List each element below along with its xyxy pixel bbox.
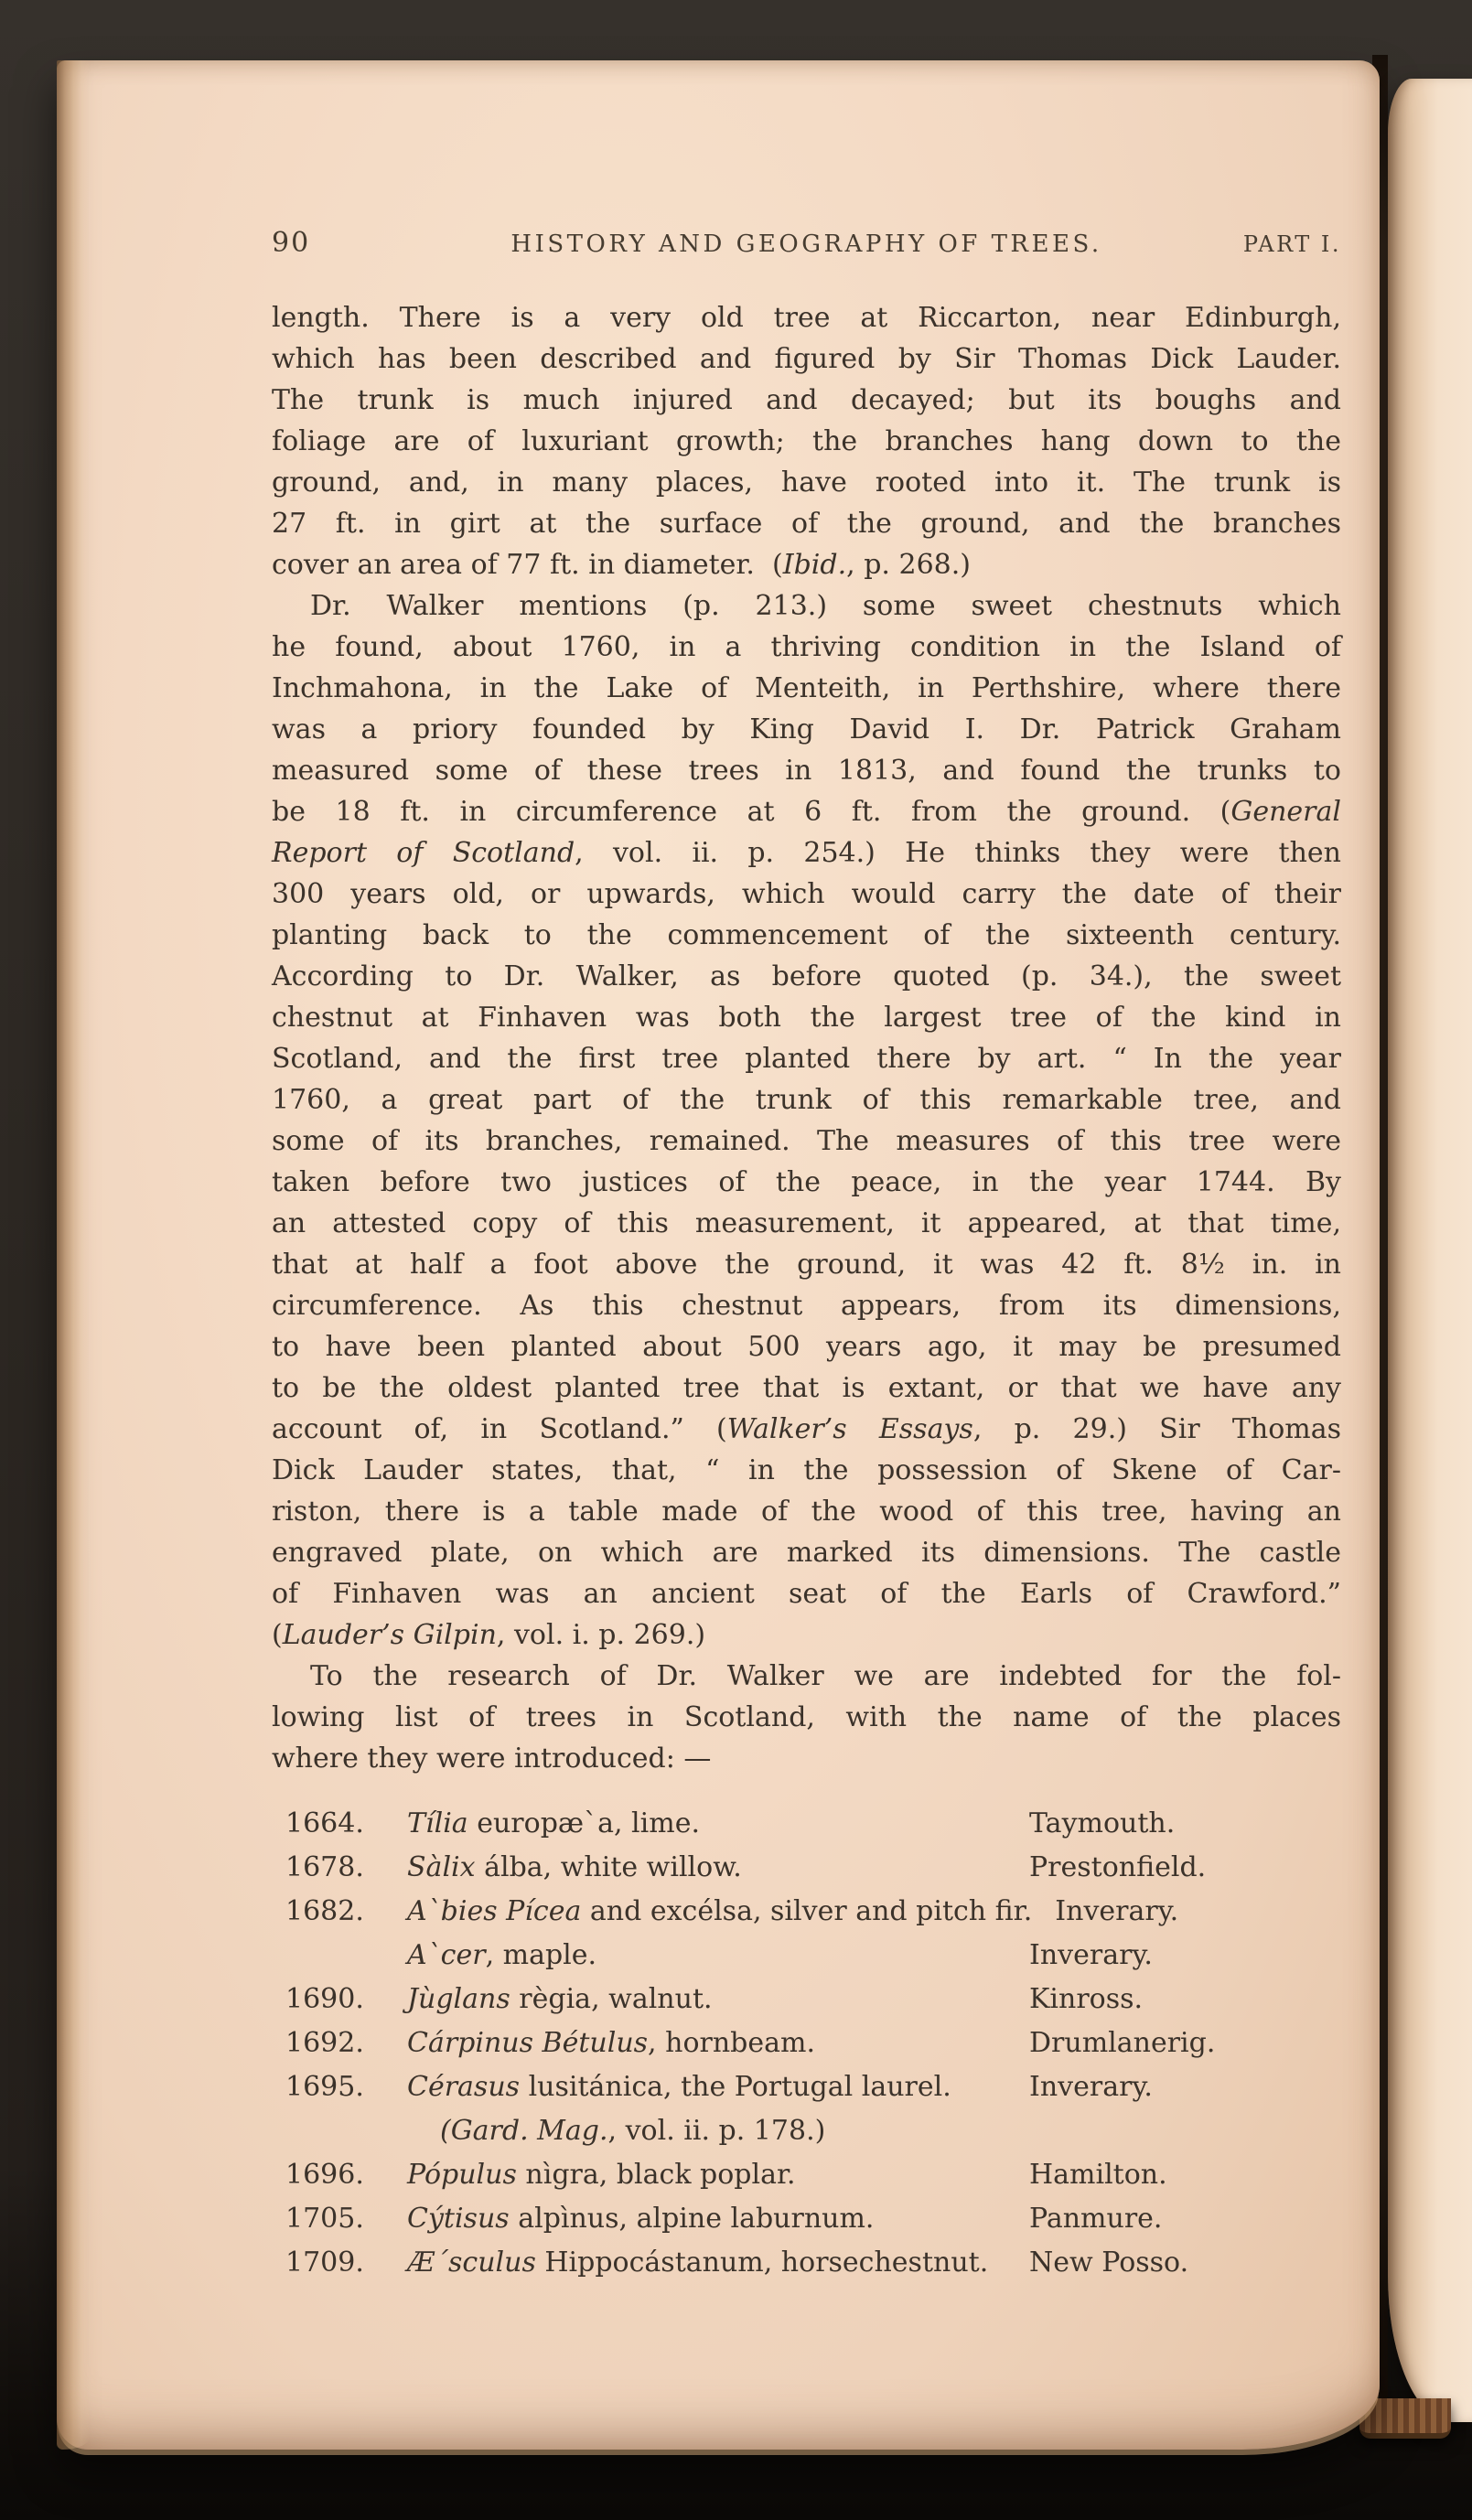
list-place: Panmure. [1029, 2197, 1162, 2241]
text-line: to have been planted about 500 years ago… [272, 1326, 1341, 1367]
text-line: The trunk is much injured and decayed; b… [272, 380, 1341, 421]
list-place: New Posso. [1029, 2241, 1188, 2285]
list-row: 1696.Pópulus nìgra, black poplar.Hamilto… [272, 2153, 1341, 2197]
list-year: 1695. [285, 2065, 407, 2109]
italic-text: Cárpinus Bétulus [407, 2027, 648, 2059]
part-label: PART I. [1243, 231, 1341, 257]
text-line: circumference. As this chestnut appears,… [272, 1285, 1341, 1326]
text-line: Dr. Walker mentions (p. 213.) some sweet… [272, 585, 1341, 627]
text-line: an attested copy of this measurement, it… [272, 1203, 1341, 1244]
page-number: 90 [272, 227, 310, 259]
list-place: Prestonfield. [1029, 1846, 1206, 1890]
list-year: 1692. [285, 2021, 407, 2065]
list-name: Pópulus nìgra, black poplar. [407, 2153, 1006, 2197]
italic-text: A`bies Pícea [407, 1895, 581, 1927]
list-row: 1690.Jùglans règia, walnut.Kinross. [272, 1978, 1341, 2021]
text-line: of Finhaven was an ancient seat of the E… [272, 1573, 1341, 1614]
text-line: lowing list of trees in Scotland, with t… [272, 1697, 1341, 1738]
italic-text: (Gard. Mag. [440, 2115, 608, 2147]
list-row: 1705.Cýtisus alpìnus, alpine laburnum.Pa… [272, 2197, 1341, 2241]
text-line: length. There is a very old tree at Ricc… [272, 297, 1341, 338]
text-line: planting back to the commencement of the… [272, 915, 1341, 956]
list-row: 1709.Æ´sculus Hippocástanum, horsechestn… [272, 2241, 1341, 2285]
text-line: that at half a foot above the ground, it… [272, 1244, 1341, 1285]
text-line: measured some of these trees in 1813, an… [272, 750, 1341, 791]
text-line: According to Dr. Walker, as before quote… [272, 956, 1341, 997]
italic-text: Sàlix [407, 1851, 476, 1883]
italic-text: Tília [407, 1807, 468, 1839]
paragraph: To the research of Dr. Walker we are ind… [272, 1656, 1341, 1779]
text-line: chestnut at Finhaven was both the larges… [272, 997, 1341, 1038]
list-name: Cérasus lusitánica, the Portugal laurel. [407, 2065, 1006, 2109]
book-page: 90 HISTORY AND GEOGRAPHY OF TREES. PART … [57, 60, 1380, 2450]
italic-text: Pópulus [407, 2159, 517, 2191]
text-line: some of its branches, remained. The meas… [272, 1121, 1341, 1162]
text-line: 27 ft. in girt at the surface of the gro… [272, 503, 1341, 544]
paragraph: length. There is a very old tree at Ricc… [272, 297, 1341, 585]
list-year: 1696. [285, 2153, 407, 2197]
italic-text: A`cer [407, 1939, 486, 1971]
italic-text: Cérasus [407, 2071, 520, 2103]
tree-list: 1664.Tília europæ`a, lime.Taymouth.1678.… [272, 1802, 1341, 2285]
italic-text: Æ´sculus [407, 2247, 536, 2279]
list-row: 1664.Tília europæ`a, lime.Taymouth. [272, 1802, 1341, 1846]
text-line: taken before two justices of the peace, … [272, 1162, 1341, 1203]
list-place: Taymouth. [1029, 1802, 1175, 1846]
book-photo: { "header": { "page_number": "90", "titl… [0, 0, 1472, 2520]
italic-text: Ibid. [783, 549, 846, 581]
text-line: Report of Scotland, vol. ii. p. 254.) He… [272, 832, 1341, 874]
list-row: (Gard. Mag., vol. ii. p. 178.) [272, 2109, 1341, 2153]
italic-text: Report of Scotland [272, 837, 575, 869]
list-place: Kinross. [1029, 1978, 1143, 2021]
list-name: Cárpinus Bétulus, hornbeam. [407, 2021, 1006, 2065]
text-line: (Lauder’s Gilpin, vol. i. p. 269.) [272, 1614, 1341, 1656]
text-line: Scotland, and the first tree planted the… [272, 1038, 1341, 1079]
list-year: 1709. [285, 2241, 407, 2285]
text-line: 300 years old, or upwards, which would c… [272, 874, 1341, 915]
paragraph: Dr. Walker mentions (p. 213.) some sweet… [272, 585, 1341, 1656]
running-title: HISTORY AND GEOGRAPHY OF TREES. [510, 231, 1101, 258]
text-line: 1760, a great part of the trunk of this … [272, 1079, 1341, 1121]
list-year: 1705. [285, 2197, 407, 2241]
list-row: 1678.Sàlix álba, white willow.Prestonfie… [272, 1846, 1341, 1890]
list-name: Cýtisus alpìnus, alpine laburnum. [407, 2197, 1006, 2241]
text-line: ground, and, in many places, have rooted… [272, 462, 1341, 503]
italic-text: General [1230, 796, 1341, 828]
list-place: Inverary. [1055, 1890, 1178, 1934]
text-line: where they were introduced: — [272, 1738, 1341, 1779]
list-year: 1682. [285, 1890, 407, 1934]
list-row: A`cer, maple.Inverary. [272, 1934, 1341, 1978]
text-line: Dick Lauder states, that, “ in the posse… [272, 1450, 1341, 1491]
list-place: Inverary. [1029, 2065, 1153, 2109]
text-line: riston, there is a table made of the woo… [272, 1491, 1341, 1532]
list-name: A`cer, maple. [407, 1934, 1006, 1978]
text-line: cover an area of 77 ft. in diameter. (Ib… [272, 544, 1341, 585]
next-page-edge [1388, 79, 1472, 2422]
italic-text: Jùglans [407, 1983, 510, 2015]
list-name: Jùglans règia, walnut. [407, 1978, 1006, 2021]
text-line: engraved plate, on which are marked its … [272, 1532, 1341, 1573]
text-line: he found, about 1760, in a thriving cond… [272, 627, 1341, 668]
list-year: 1678. [285, 1846, 407, 1890]
list-name: Tília europæ`a, lime. [407, 1802, 1006, 1846]
text-line: account of, in Scotland.” (Walker’s Essa… [272, 1409, 1341, 1450]
list-row: 1695.Cérasus lusitánica, the Portugal la… [272, 2065, 1341, 2109]
body-text: length. There is a very old tree at Ricc… [272, 297, 1341, 1779]
list-name: A`bies Pícea and excélsa, silver and pit… [407, 1890, 1032, 1934]
page-header: 90 HISTORY AND GEOGRAPHY OF TREES. PART … [272, 227, 1341, 259]
italic-text: Walker’s Essays [727, 1413, 973, 1445]
text-line: be 18 ft. in circumference at 6 ft. from… [272, 791, 1341, 832]
text-line: To the research of Dr. Walker we are ind… [272, 1656, 1341, 1697]
list-place: Inverary. [1029, 1934, 1153, 1978]
text-line: was a priory founded by King David I. Dr… [272, 709, 1341, 750]
list-year: 1690. [285, 1978, 407, 2021]
page-content: 90 HISTORY AND GEOGRAPHY OF TREES. PART … [57, 60, 1380, 2450]
text-line: to be the oldest planted tree that is ex… [272, 1367, 1341, 1409]
italic-text: Cýtisus [407, 2203, 510, 2235]
list-place: Hamilton. [1029, 2153, 1167, 2197]
text-line: which has been described and figured by … [272, 338, 1341, 380]
list-row: 1682.A`bies Pícea and excélsa, silver an… [272, 1890, 1341, 1934]
list-name: (Gard. Mag., vol. ii. p. 178.) [407, 2109, 1039, 2153]
text-line: foliage are of luxuriant growth; the bra… [272, 421, 1341, 462]
italic-text: Lauder’s Gilpin [283, 1619, 497, 1651]
list-row: 1692.Cárpinus Bétulus, hornbeam.Drumlane… [272, 2021, 1341, 2065]
list-name: Æ´sculus Hippocástanum, horsechestnut. [407, 2241, 1006, 2285]
list-year: 1664. [285, 1802, 407, 1846]
text-line: Inchmahona, in the Lake of Menteith, in … [272, 668, 1341, 709]
list-place: Drumlanerig. [1029, 2021, 1215, 2065]
list-name: Sàlix álba, white willow. [407, 1846, 1006, 1890]
